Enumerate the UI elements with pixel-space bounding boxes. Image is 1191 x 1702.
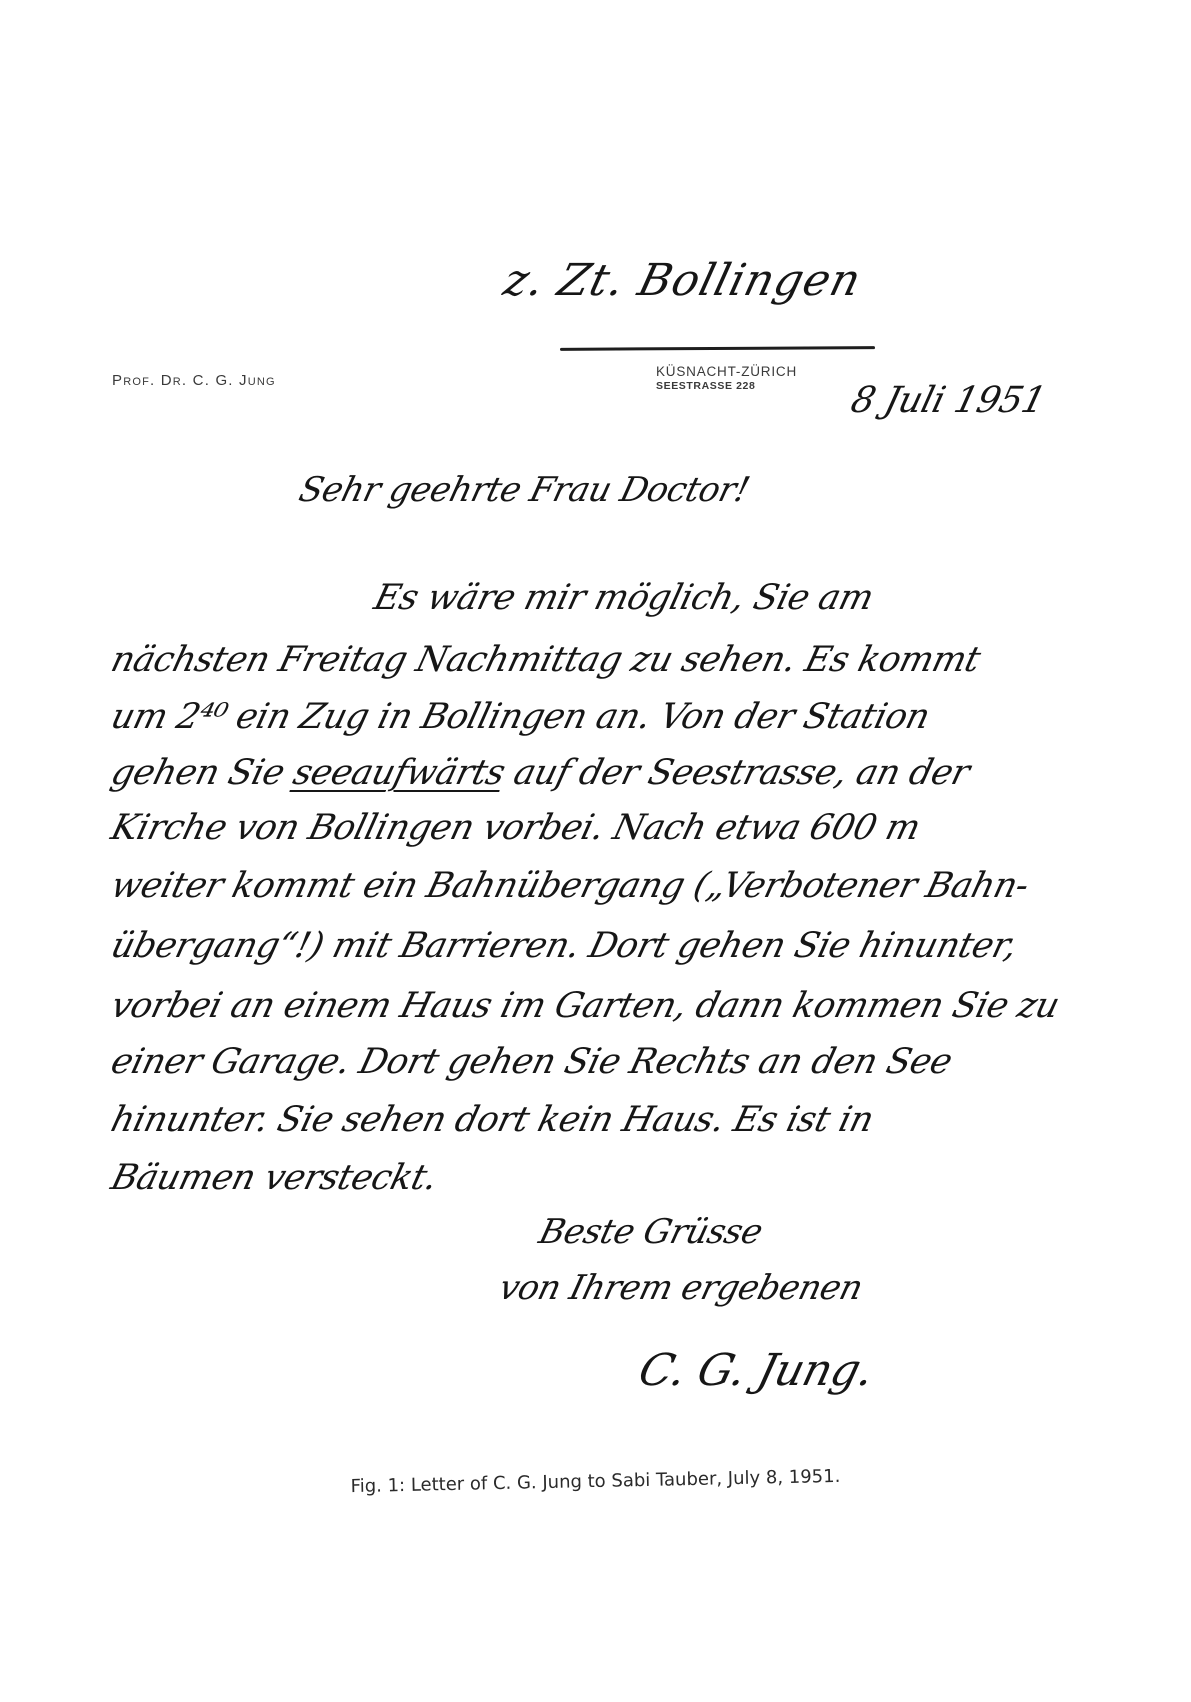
body-line: Kirche von Bollingen vorbei. Nach etwa 6…	[107, 808, 1097, 848]
body-text: gehen Sie	[107, 753, 288, 793]
body-line: vorbei an einem Haus im Garten, dann kom…	[107, 986, 1097, 1026]
body-line: Bäumen versteckt.	[107, 1158, 1097, 1198]
body-line: weiter kommt ein Bahnübergang („Verboten…	[107, 866, 1097, 906]
document-page: z. Zt. Bollingen Prof. Dr. C. G. Jung KÜ…	[0, 0, 1191, 1702]
salutation: Sehr geehrte Frau Doctor!	[295, 470, 753, 510]
letterhead-rule	[560, 346, 875, 351]
body-line: übergang“!) mit Barrieren. Dort gehen Si…	[107, 926, 1097, 966]
body-line: um 2⁴⁰ ein Zug in Bollingen an. Von der …	[107, 697, 1097, 737]
underlined-word: seeaufwärts	[289, 753, 509, 793]
handwritten-location-note: z. Zt. Bollingen	[499, 255, 867, 306]
signature: C. G. Jung.	[634, 1345, 879, 1396]
body-text: auf der Seestrasse, an der	[510, 753, 974, 793]
body-line: hinunter. Sie sehen dort kein Haus. Es i…	[107, 1100, 1097, 1140]
closing-greeting: Beste Grüsse	[535, 1212, 766, 1252]
closing-phrase: von Ihrem ergebenen	[495, 1268, 867, 1308]
figure-caption: Fig. 1: Letter of C. G. Jung to Sabi Tau…	[0, 1459, 1191, 1505]
letterhead-street: SEESTRASSE 228	[656, 380, 797, 392]
letterhead-address: KÜSNACHT-ZÜRICH SEESTRASSE 228	[656, 364, 797, 392]
letter-date: 8 Juli 1951	[847, 380, 1050, 421]
body-line: Es wäre mir möglich, Sie am	[370, 578, 1191, 618]
body-line: gehen Sie seeaufwärts auf der Seestrasse…	[107, 753, 1097, 793]
body-line: nächsten Freitag Nachmittag zu sehen. Es…	[107, 640, 1097, 680]
letterhead-name: Prof. Dr. C. G. Jung	[112, 372, 276, 389]
body-line: einer Garage. Dort gehen Sie Rechts an d…	[107, 1042, 1097, 1082]
letterhead-city: KÜSNACHT-ZÜRICH	[656, 364, 797, 380]
